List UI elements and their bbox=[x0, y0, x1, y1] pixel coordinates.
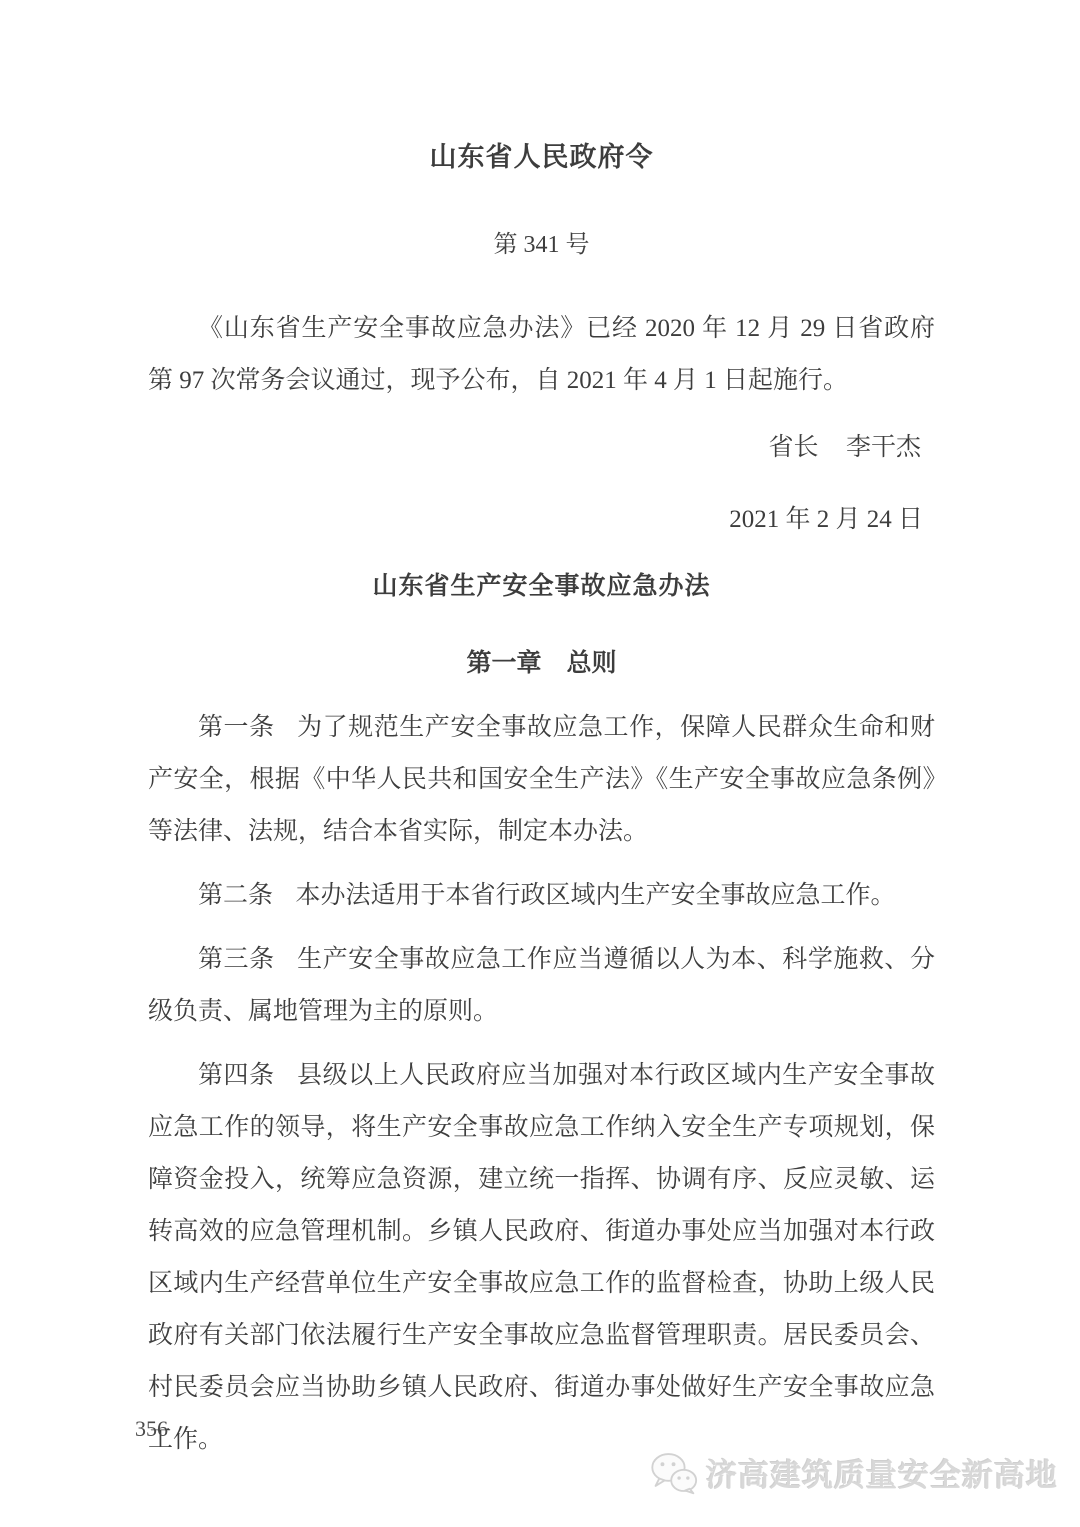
article-4-text: 县级以上人民政府应当加强对本行政区域内生产安全事故应急工作的领导，将生产安全事故… bbox=[148, 1062, 935, 1453]
article-2: 第二条本办法适用于本省行政区域内生产安全事故应急工作。 bbox=[148, 870, 935, 922]
article-4-label: 第四条 bbox=[198, 1062, 275, 1089]
article-2-text: 本办法适用于本省行政区域内生产安全事故应急工作。 bbox=[296, 882, 896, 909]
article-4: 第四条县级以上人民政府应当加强对本行政区域内生产安全事故应急工作的领导，将生产安… bbox=[148, 1050, 935, 1466]
article-1-label: 第一条 bbox=[198, 714, 275, 741]
signer-line: 省长李干杰 bbox=[148, 422, 935, 474]
wechat-icon bbox=[650, 1451, 698, 1495]
decree-announcement: 《山东省生产安全事故应急办法》已经 2020 年 12 月 29 日省政府第 9… bbox=[148, 303, 935, 407]
decree-title: 山东省人民政府令 bbox=[148, 138, 935, 176]
decree-date: 2021 年 2 月 24 日 bbox=[148, 494, 935, 546]
signer-name: 李干杰 bbox=[846, 434, 921, 461]
regulation-title: 山东省生产安全事故应急办法 bbox=[148, 561, 935, 613]
document-content: 山东省人民政府令 第 341 号 《山东省生产安全事故应急办法》已经 2020 … bbox=[0, 0, 1080, 1466]
decree-number: 第 341 号 bbox=[148, 228, 935, 262]
watermark-text: 济高建筑质量安全新高地 bbox=[706, 1450, 1058, 1495]
watermark: 济高建筑质量安全新高地 bbox=[650, 1450, 1058, 1495]
chapter-heading: 第一章 总则 bbox=[148, 638, 935, 690]
signer-title: 省长 bbox=[768, 434, 818, 461]
page-number: 356 bbox=[135, 1416, 168, 1442]
document-page: 山东省人民政府令 第 341 号 《山东省生产安全事故应急办法》已经 2020 … bbox=[0, 0, 1080, 1527]
article-1: 第一条为了规范生产安全事故应急工作，保障人民群众生命和财产安全，根据《中华人民共… bbox=[148, 702, 935, 858]
article-3: 第三条生产安全事故应急工作应当遵循以人为本、科学施救、分级负责、属地管理为主的原… bbox=[148, 934, 935, 1038]
article-2-label: 第二条 bbox=[198, 882, 273, 909]
article-3-label: 第三条 bbox=[198, 946, 275, 973]
